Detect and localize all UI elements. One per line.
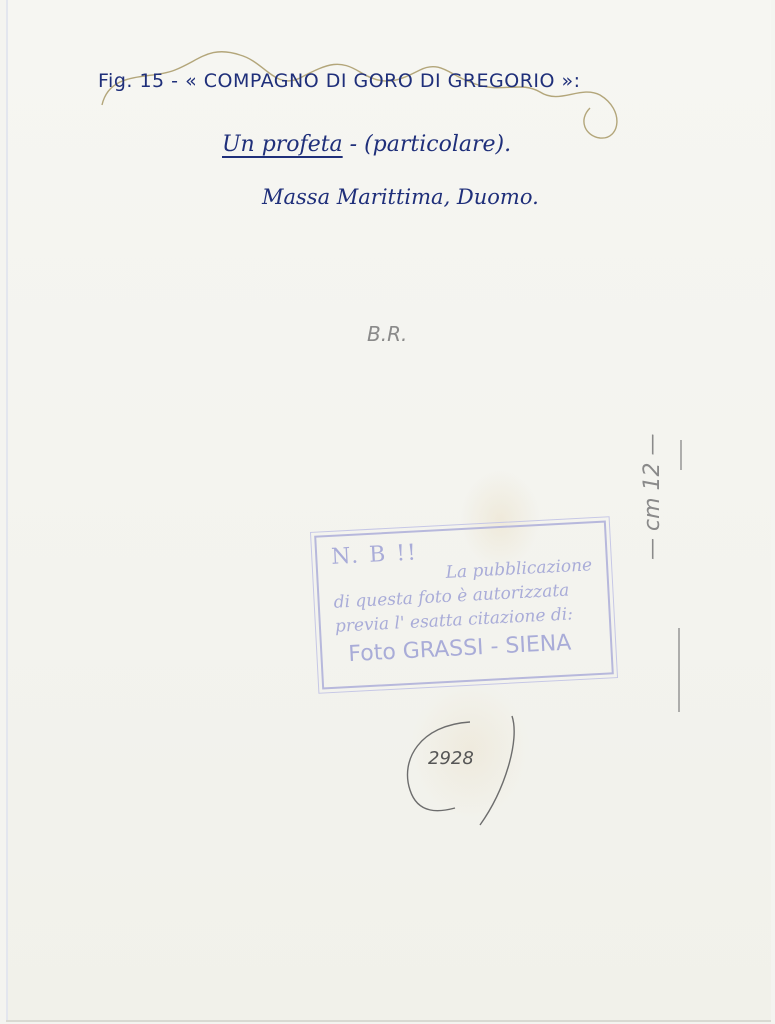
photographer-stamp: N. B !! La pubblicazione di questa foto … (314, 520, 614, 689)
stamp-header: N. B !! (331, 540, 419, 570)
measurement-note: — cm 12 — (640, 434, 665, 561)
stamp-line: La pubblicazione (445, 555, 592, 583)
caption-subject-title: Un profeta (222, 132, 343, 157)
catalog-number: 2928 (428, 748, 474, 769)
caption-subject-detail: - (particolare). (343, 132, 511, 157)
pencil-initials: B.R. (367, 322, 407, 346)
caption-subject-line: Un profeta - (particolare). (222, 132, 511, 157)
caption-figure-line: Fig. 15 - « COMPAGNO DI GORO DI GREGORIO… (98, 70, 581, 92)
stamp-photographer: Foto GRASSI - SIENA (348, 630, 572, 667)
caption-location-line: Massa Marittima, Duomo. (262, 185, 539, 209)
